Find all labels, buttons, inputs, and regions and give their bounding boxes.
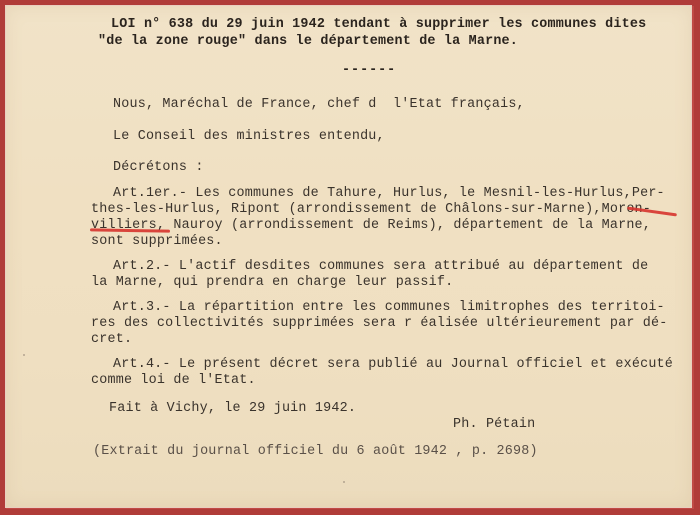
article-3-line-3: cret.	[91, 332, 132, 348]
preamble-decree: Décrétons :	[113, 160, 204, 176]
article-1-line-2: thes-les-Hurlus, Ripont (arrondissement …	[91, 202, 651, 218]
typewritten-document: LOI n° 638 du 29 juin 1942 tendant à sup…	[5, 5, 692, 508]
law-title-line-2: "de la zone rouge" dans le département d…	[98, 34, 518, 50]
paper-sheet: LOI n° 638 du 29 juin 1942 tendant à sup…	[5, 5, 692, 508]
title-separator: ------	[342, 63, 396, 79]
paper-speck	[23, 354, 25, 356]
article-4-line-2: comme loi de l'Etat.	[91, 373, 256, 389]
article-2-line-2: la Marne, qui prendra en charge leur pas…	[91, 275, 453, 291]
signature: Ph. Pétain	[453, 417, 535, 433]
article-2-line-1: Art.2.- L'actif desdites communes sera a…	[113, 259, 648, 275]
article-4-line-1: Art.4.- Le présent décret sera publié au…	[113, 357, 673, 373]
signed-place-date: Fait à Vichy, le 29 juin 1942.	[109, 401, 356, 417]
paper-speck	[343, 481, 345, 483]
article-3-line-1: Art.3.- La répartition entre les commune…	[113, 300, 665, 316]
article-1-line-3: villiers, Nauroy (arrondissement de Reim…	[91, 218, 651, 234]
source-note: (Extrait du journal officiel du 6 août 1…	[93, 444, 538, 460]
law-title-line-1: LOI n° 638 du 29 juin 1942 tendant à sup…	[111, 17, 646, 33]
preamble-marshal: Nous, Maréchal de France, chef d l'Etat …	[113, 97, 525, 113]
article-1-line-4: sont supprimées.	[91, 234, 223, 250]
preamble-council: Le Conseil des ministres entendu,	[113, 129, 385, 145]
article-1-line-1: Art.1er.- Les communes de Tahure, Hurlus…	[113, 186, 665, 202]
article-3-line-2: res des collectivités supprimées sera r …	[91, 316, 668, 332]
